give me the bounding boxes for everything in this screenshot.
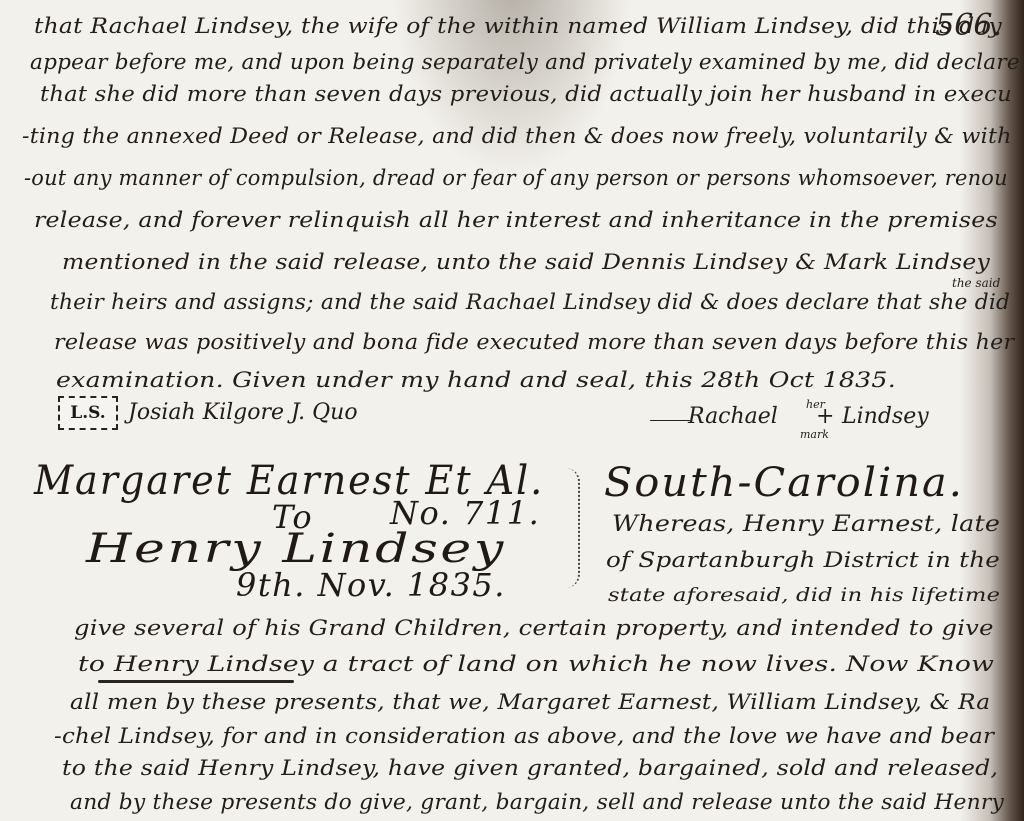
state-heading: South-Carolina.: [604, 460, 964, 506]
certificate-line-6: release, and forever relinquish all her …: [34, 208, 998, 232]
certificate-line-7: mentioned in the said release, unto the …: [62, 250, 990, 274]
heading-bracket: [556, 468, 580, 588]
body-line-3: all men by these presents, that we, Marg…: [70, 690, 990, 714]
name-underline: [98, 680, 294, 683]
mark-cross-icon: +: [816, 404, 834, 429]
certificate-line-2: appear before me, and upon being separat…: [30, 50, 1020, 74]
certificate-line-4: -ting the annexed Deed or Release, and d…: [22, 124, 1012, 148]
magistrate-signature: Josiah Kilgore J. Quo: [128, 400, 358, 425]
mark-signature-last-name: Lindsey: [842, 404, 929, 429]
certificate-line-5: -out any manner of compulsion, dread or …: [24, 166, 1008, 190]
certificate-line-1: that Rachael Lindsey, the wife of the wi…: [34, 14, 1002, 38]
mark-label: mark: [800, 428, 829, 441]
certificate-line-8: their heirs and assigns; and the said Ra…: [50, 290, 1010, 314]
body-line-5: to the said Henry Lindsey, have given gr…: [62, 756, 998, 780]
opening-line-3: state aforesaid, did in his lifetime: [608, 584, 1000, 606]
mark-signature-first-name: Rachael: [688, 404, 778, 429]
opening-line-1: Whereas, Henry Earnest, late: [612, 512, 1000, 537]
body-line-1: give several of his Grand Children, cert…: [74, 616, 994, 640]
body-line-2: to Henry Lindsey a tract of land on whic…: [78, 652, 994, 676]
entry-date: 9th. Nov. 1835.: [236, 566, 506, 604]
opening-line-2: of Spartanburgh District in the: [606, 548, 1000, 572]
deed-record-page: 566. that Rachael Lindsey, the wife of t…: [0, 0, 1024, 821]
certificate-line-10: examination. Given under my hand and sea…: [56, 368, 896, 392]
body-line-6: and by these presents do give, grant, ba…: [70, 790, 1004, 814]
seal-box: L.S.: [58, 396, 118, 430]
certificate-line-9: release was positively and bona fide exe…: [54, 330, 1014, 354]
interlineation: the said: [952, 276, 1000, 290]
body-line-4: -chel Lindsey, for and in consideration …: [54, 724, 994, 748]
certificate-line-3: that she did more than seven days previo…: [40, 82, 1012, 106]
signature-lead-line: [650, 420, 690, 421]
